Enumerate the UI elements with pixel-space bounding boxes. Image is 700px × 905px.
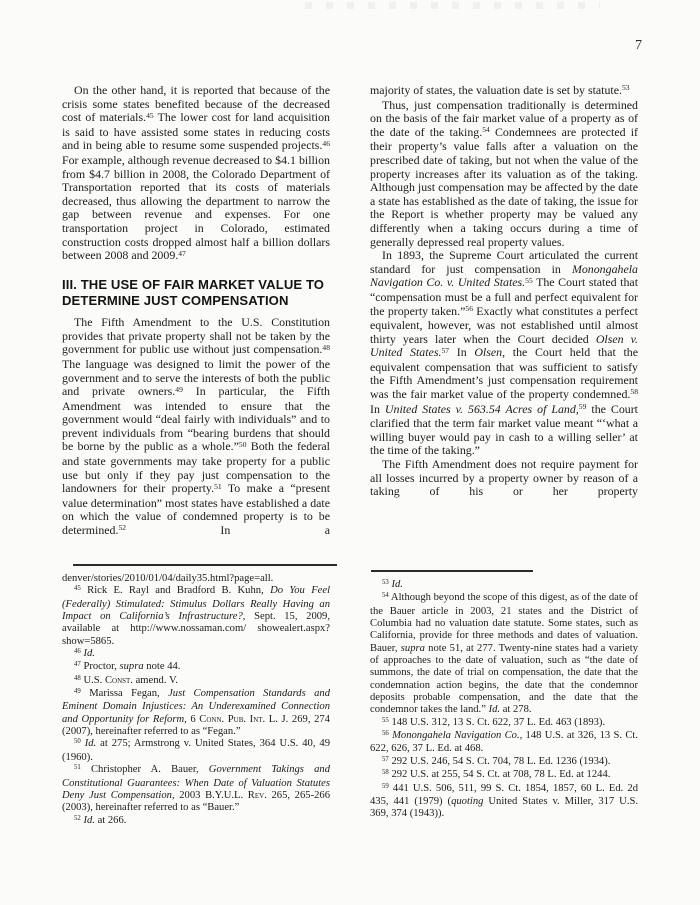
text-segment: Proctor, (83, 661, 119, 672)
text-segment: supra (120, 661, 144, 672)
text-segment: U.S. (83, 675, 105, 686)
text-segment: at 266. (95, 815, 126, 826)
text-segment: United States v. 563.54 Acres of Land, (385, 402, 579, 416)
text-segment: 292 U.S. 246, 54 S. Ct. 704, 78 L. Ed. 1… (391, 756, 610, 767)
paragraph: Thus, just compensation traditionally is… (370, 99, 638, 250)
footnote-56: 56 Monongahela Navigation Co., 148 U.S. … (370, 730, 638, 756)
text-segment: majority of states, the valuation date i… (370, 84, 622, 97)
footnote-57: 57 292 U.S. 246, 54 S. Ct. 704, 78 L. Ed… (370, 756, 638, 769)
text-segment: , 2003 (172, 790, 205, 801)
footnote-48: 48 U.S. Const. amend. V. (62, 675, 330, 688)
text-segment: 292 U.S. at 255, 54 S. Ct. at 708, 78 L.… (391, 769, 610, 780)
footnote-47: 47 Proctor, supra note 44. (62, 661, 330, 674)
text-segment: B.Y.U.L. Rev. (205, 790, 267, 801)
footnote-54: 54 Although beyond the scope of this dig… (370, 592, 638, 716)
footnote-ref: 45 (146, 111, 154, 120)
footnote-55: 55 148 U.S. 312, 13 S. Ct. 622, 37 L. Ed… (370, 717, 638, 730)
footnote-number: 54 (382, 592, 389, 599)
text-segment: Conn. Pub. Int. L. J. (199, 714, 288, 725)
footnote-number: 59 (382, 783, 389, 790)
footnote-number: 58 (382, 769, 389, 776)
footnote-46: 46 Id. (62, 648, 330, 661)
footnote-51: 51 Christopher A. Bauer, Government Taki… (62, 764, 330, 814)
section-heading: III. THE USE OF FAIR MARKET VALUE TO DET… (62, 277, 330, 309)
page-number: 7 (626, 38, 642, 54)
right-footnote-section: 53 Id.54 Although beyond the scope of th… (370, 570, 638, 821)
footnote-continuation: denver/stories/2010/01/04/daily35.html?p… (62, 573, 330, 585)
paragraph: In 1893, the Supreme Court articulated t… (370, 249, 638, 458)
footnote-number: 48 (74, 675, 81, 682)
text-segment: Rick E. Rayl and Bradford B. Kuhn, (87, 585, 270, 596)
footnote-separator-rule (73, 564, 337, 566)
paragraph: majority of states, the valuation date i… (370, 84, 638, 99)
footnote-separator-rule (371, 570, 533, 572)
text-segment: Monongahela Navigation Co., (392, 730, 522, 741)
footnote-ref: 46 (322, 139, 330, 148)
text-segment: supra (401, 643, 425, 654)
text-segment: denver/stories/2010/01/04/daily35.html?p… (62, 573, 273, 584)
text-segment: Id. (85, 738, 96, 749)
footnote-50: 50 Id. at 275; Armstrong v. United State… (62, 738, 330, 764)
text-segment: The Fifth Amendment does not require pay… (370, 457, 638, 498)
paragraph: On the other hand, it is reported that b… (62, 84, 330, 264)
footnote-ref: 55 (525, 276, 533, 285)
footnote-ref: 50 (239, 440, 247, 449)
left-footnotes: denver/stories/2010/01/04/daily35.html?p… (62, 573, 330, 828)
text-segment: 148 U.S. 312, 13 S. Ct. 622, 37 L. Ed. 4… (391, 717, 605, 728)
text-segment: Christopher A. Bauer, (91, 764, 209, 775)
footnote-number: 47 (74, 661, 81, 668)
text-segment: The Fifth Amendment to the U.S. Constitu… (62, 315, 330, 356)
text-segment: amend. V. (133, 675, 178, 686)
footnote-ref: 58 (630, 387, 638, 396)
text-segment: Olsen (474, 345, 502, 359)
footnote-ref: 52 (118, 523, 126, 532)
text-segment: Id. (489, 704, 500, 715)
left-column: On the other hand, it is reported that b… (62, 84, 330, 566)
text-segment: Marissa Fegan, (89, 688, 168, 699)
footnote-52: 52 Id. at 266. (62, 815, 330, 828)
paragraph: The Fifth Amendment does not require pay… (370, 458, 638, 499)
footnote-53: 53 Id. (370, 579, 638, 592)
footnote-number: 49 (74, 688, 81, 695)
footnote-number: 46 (74, 648, 81, 655)
footnote-number: 52 (74, 815, 81, 822)
footnote-59: 59 441 U.S. 506, 511, 99 S. Ct. 1854, 18… (370, 783, 638, 821)
footnote-ref: 54 (482, 125, 490, 134)
text-segment: Id. (391, 579, 402, 590)
text-segment: In (449, 345, 474, 359)
footnote-ref: 59 (579, 402, 587, 411)
footnote-ref: 56 (465, 304, 473, 313)
scan-bleed-artifact (305, 2, 600, 9)
text-segment: Const. (105, 675, 133, 686)
text-segment: quoting (451, 796, 483, 807)
paragraph: The Fifth Amendment to the U.S. Constitu… (62, 316, 330, 539)
footnote-number: 56 (382, 730, 389, 737)
right-column: majority of states, the valuation date i… (370, 84, 638, 572)
text-segment: Id. (83, 815, 94, 826)
text-segment: , 6 (184, 714, 199, 725)
footnote-ref: 53 (622, 84, 630, 92)
text-segment: In (370, 402, 385, 416)
footnote-ref: 51 (214, 482, 222, 491)
text-segment: note 44. (144, 661, 181, 672)
footnote-number: 50 (74, 738, 81, 745)
text-segment: Id. (83, 648, 94, 659)
text-segment: In a (126, 523, 330, 537)
scanned-document-page: { "page": { "number": "7" }, "columns": … (0, 0, 700, 905)
footnote-number: 55 (382, 717, 389, 724)
footnote-ref: 49 (175, 385, 183, 394)
footnote-number: 57 (382, 756, 389, 763)
right-footnotes: 53 Id.54 Although beyond the scope of th… (370, 579, 638, 821)
text-segment: at 275; Armstrong v. United States, 364 … (62, 738, 330, 762)
left-footnote-section: denver/stories/2010/01/04/daily35.html?p… (62, 564, 330, 828)
footnote-number: 53 (382, 579, 389, 586)
text-segment: at 278. (500, 704, 531, 715)
footnote-ref: 47 (178, 249, 186, 258)
text-segment: For example, although revenue decreased … (62, 153, 330, 262)
footnote-58: 58 292 U.S. at 255, 54 S. Ct. at 708, 78… (370, 769, 638, 782)
footnote-ref: 48 (322, 343, 330, 352)
footnote-49: 49 Marissa Fegan, Just Compensation Stan… (62, 688, 330, 738)
footnote-45: 45 Rick E. Rayl and Bradford B. Kuhn, Do… (62, 585, 330, 648)
text-segment: Condemnees are protected if their proper… (370, 125, 638, 249)
footnote-number: 45 (74, 585, 81, 592)
footnote-number: 51 (74, 764, 81, 771)
footnote-ref: 57 (441, 346, 449, 355)
